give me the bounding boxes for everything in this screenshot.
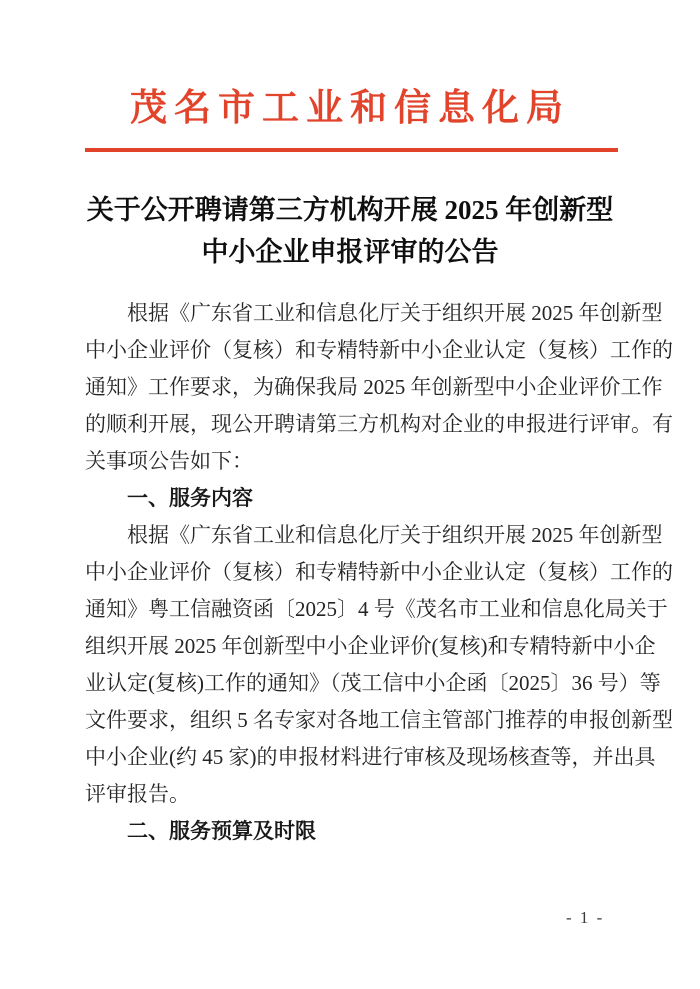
section-1-paragraph-line: 根据《广东省工业和信息化厅关于组织开展 2025 年创新型 <box>85 517 618 554</box>
section-1-paragraph-line: 中小企业(约 45 家)的申报材料进行审核及现场核查等，并出具 <box>85 739 618 776</box>
section-1-paragraph-line: 评审报告。 <box>85 776 618 813</box>
announcement-title-line-2: 中小企业申报评审的公告 <box>50 231 650 273</box>
section-1-paragraph-line: 中小企业评价（复核）和专精特新中小企业认定（复核）工作的 <box>85 554 618 591</box>
letterhead-divider-rule <box>85 148 618 152</box>
section-1-paragraph-line: 通知》粤工信融资函〔2025〕4 号《茂名市工业和信息化局关于 <box>85 591 618 628</box>
page-number: - 1 - <box>566 906 604 930</box>
intro-paragraph-line: 的顺利开展，现公开聘请第三方机构对企业的申报进行评审。有 <box>85 406 618 443</box>
section-1-paragraph-line: 业认定(复核)工作的通知》（茂工信中小企函〔2025〕36 号）等 <box>85 665 618 702</box>
document-page: 茂名市工业和信息化局 关于公开聘请第三方机构开展 2025 年创新型 中小企业申… <box>0 0 700 989</box>
announcement-title-line-1: 关于公开聘请第三方机构开展 2025 年创新型 <box>50 189 650 231</box>
intro-paragraph-line: 关事项公告如下： <box>85 443 618 480</box>
intro-paragraph-line: 通知》工作要求，为确保我局 2025 年创新型中小企业评价工作 <box>85 369 618 406</box>
agency-letterhead-title: 茂名市工业和信息化局 <box>0 86 700 132</box>
section-1-paragraph-line: 组织开展 2025 年创新型中小企业评价(复核)和专精特新中小企 <box>85 628 618 665</box>
section-1-paragraph-line: 文件要求，组织 5 名专家对各地工信主管部门推荐的申报创新型 <box>85 702 618 739</box>
announcement-body: 根据《广东省工业和信息化厅关于组织开展 2025 年创新型 中小企业评价（复核）… <box>85 295 618 850</box>
announcement-title: 关于公开聘请第三方机构开展 2025 年创新型 中小企业申报评审的公告 <box>50 189 650 273</box>
intro-paragraph-line: 根据《广东省工业和信息化厅关于组织开展 2025 年创新型 <box>85 295 618 332</box>
section-1-heading: 一、服务内容 <box>85 480 618 517</box>
section-2-heading: 二、服务预算及时限 <box>85 813 618 850</box>
intro-paragraph-line: 中小企业评价（复核）和专精特新中小企业认定（复核）工作的 <box>85 332 618 369</box>
